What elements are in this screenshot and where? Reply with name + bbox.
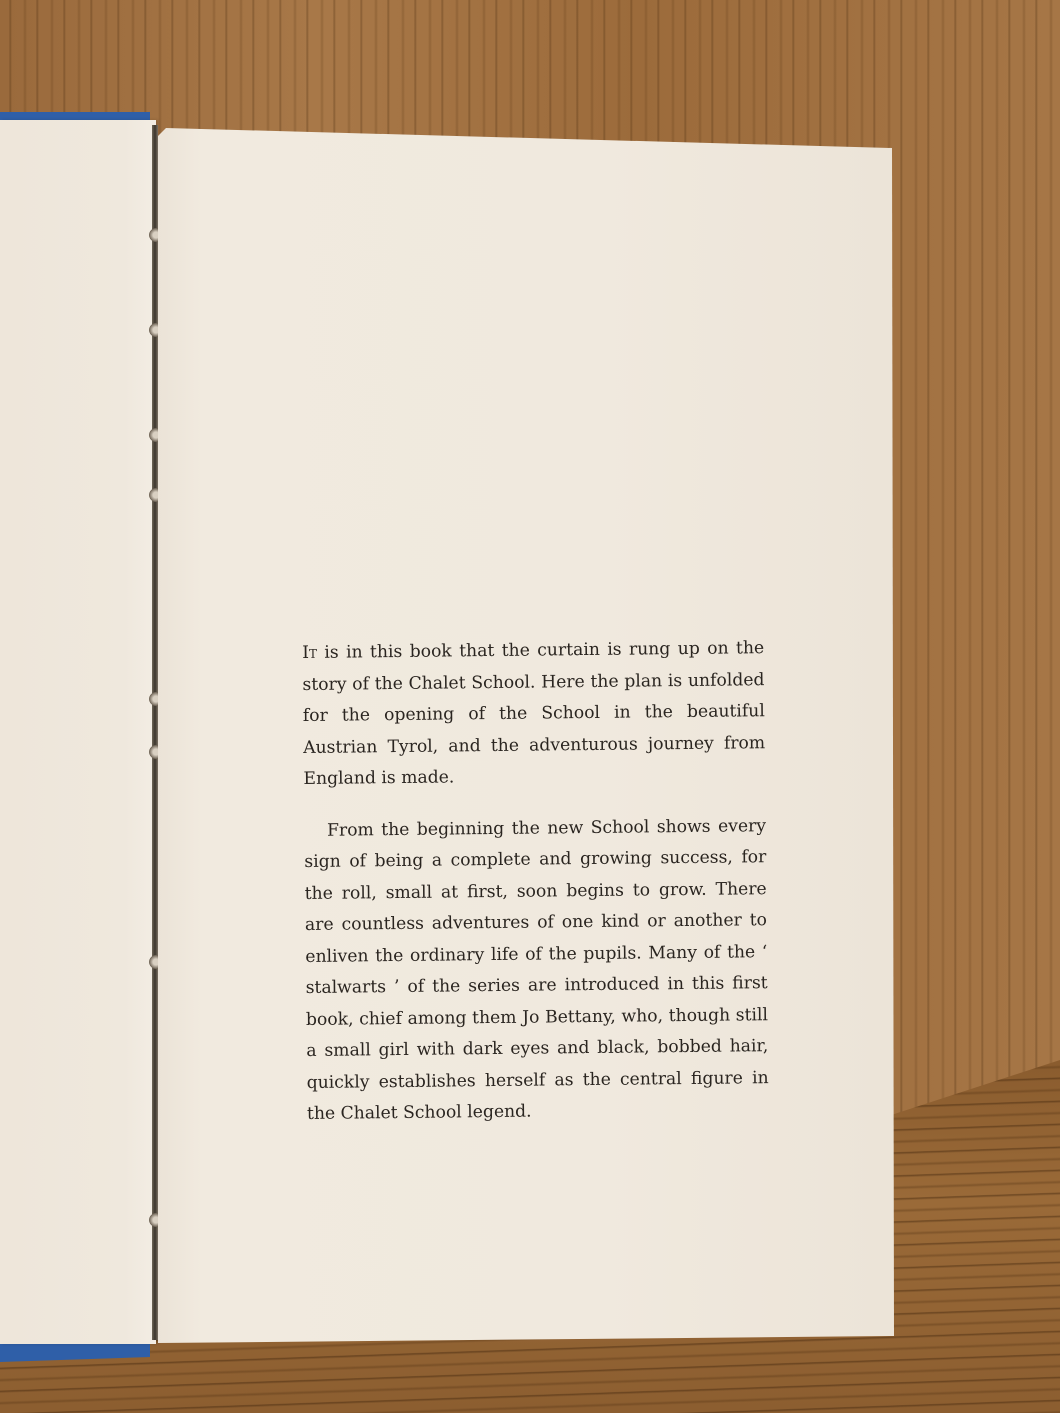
left-endpaper (0, 120, 156, 1344)
paragraph-1-text: is in this book that the curtain is rung… (302, 638, 765, 789)
paragraph-2-text: From the beginning the new School shows … (304, 816, 768, 1124)
paragraph-lead-smallcaps: It (302, 643, 317, 663)
book-page: It is in this book that the curtain is r… (158, 128, 894, 1343)
book-spine-gutter (152, 125, 158, 1340)
blurb-text: It is in this book that the curtain is r… (302, 633, 769, 1130)
paragraph-1: It is in this book that the curtain is r… (302, 633, 766, 795)
paragraph-2: From the beginning the new School shows … (304, 811, 769, 1131)
